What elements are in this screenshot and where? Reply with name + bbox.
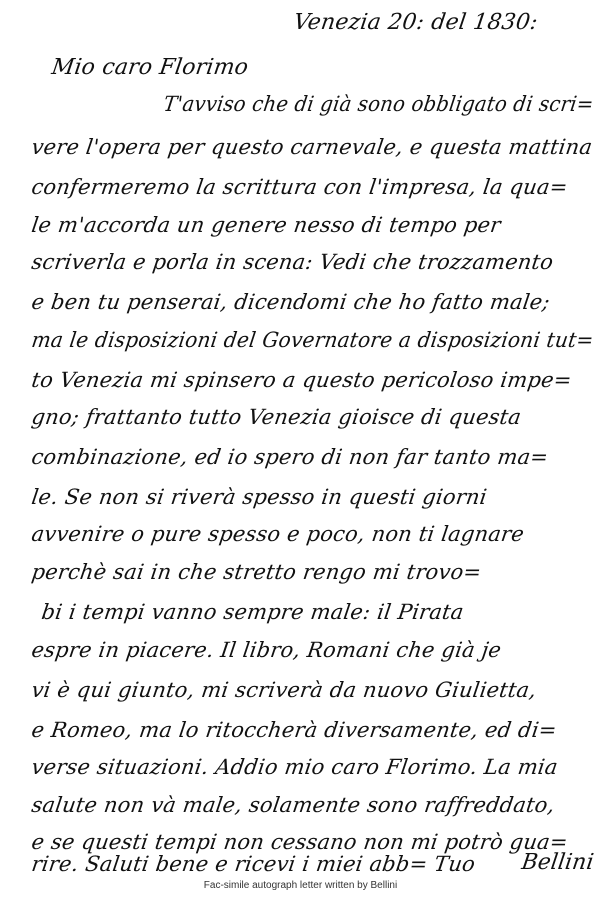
letter-line: verse situazioni. Addio mio caro Florimo… [30,755,559,779]
letter-line: avvenire o pure spesso e poco, non ti la… [30,522,526,546]
letter-line: vi è qui giunto, mi scriverà da nuovo Gi… [30,678,538,702]
letter-line: to Venezia mi spinsero a questo pericolo… [30,368,573,392]
letter-salutation: Mio caro Florimo [50,55,250,80]
letter-line: scriverla e porla in scena: Vedi che tro… [30,250,555,274]
letter-page: Venezia 20: del 1830: Mio caro Florimo T… [0,0,601,900]
letter-line: e se questi tempi non cessano non mi pot… [30,830,569,854]
letter-line: bi i tempi vanno sempre male: il Pirata [40,600,465,624]
letter-line: vere l'opera per questo carnevale, e que… [30,135,594,159]
figure-caption: Fac-simile autograph letter written by B… [0,880,601,891]
letter-line: ma le disposizioni del Governatore a dis… [30,328,595,352]
letter-line: e ben tu penserai, dicendomi che ho fatt… [30,290,551,314]
letter-line: rire. Saluti bene e ricevi i miei abb= T… [30,852,477,876]
letter-line: T'avviso che di già sono obbligato di sc… [162,92,595,116]
letter-line: perchè sai in che stretto rengo mi trovo… [30,560,483,584]
letter-line: le m'accorda un genere nesso di tempo pe… [30,213,502,237]
letter-line: le. Se non si riverà spesso in questi gi… [30,485,488,509]
letter-line: espre in piacere. Il libro, Romani che g… [30,638,503,662]
letter-signature: Bellini [520,850,595,875]
letter-line: combinazione, ed io spero di non far tan… [30,445,550,469]
letter-line: e Romeo, ma lo ritoccherà diversamente, … [30,718,558,742]
letter-line: confermeremo la scrittura con l'impresa,… [30,175,569,199]
letter-line: salute non và male, solamente sono raffr… [30,793,556,817]
letter-line: gno; frattanto tutto Venezia gioisce di … [30,405,523,429]
letter-date: Venezia 20: del 1830: [292,10,539,35]
